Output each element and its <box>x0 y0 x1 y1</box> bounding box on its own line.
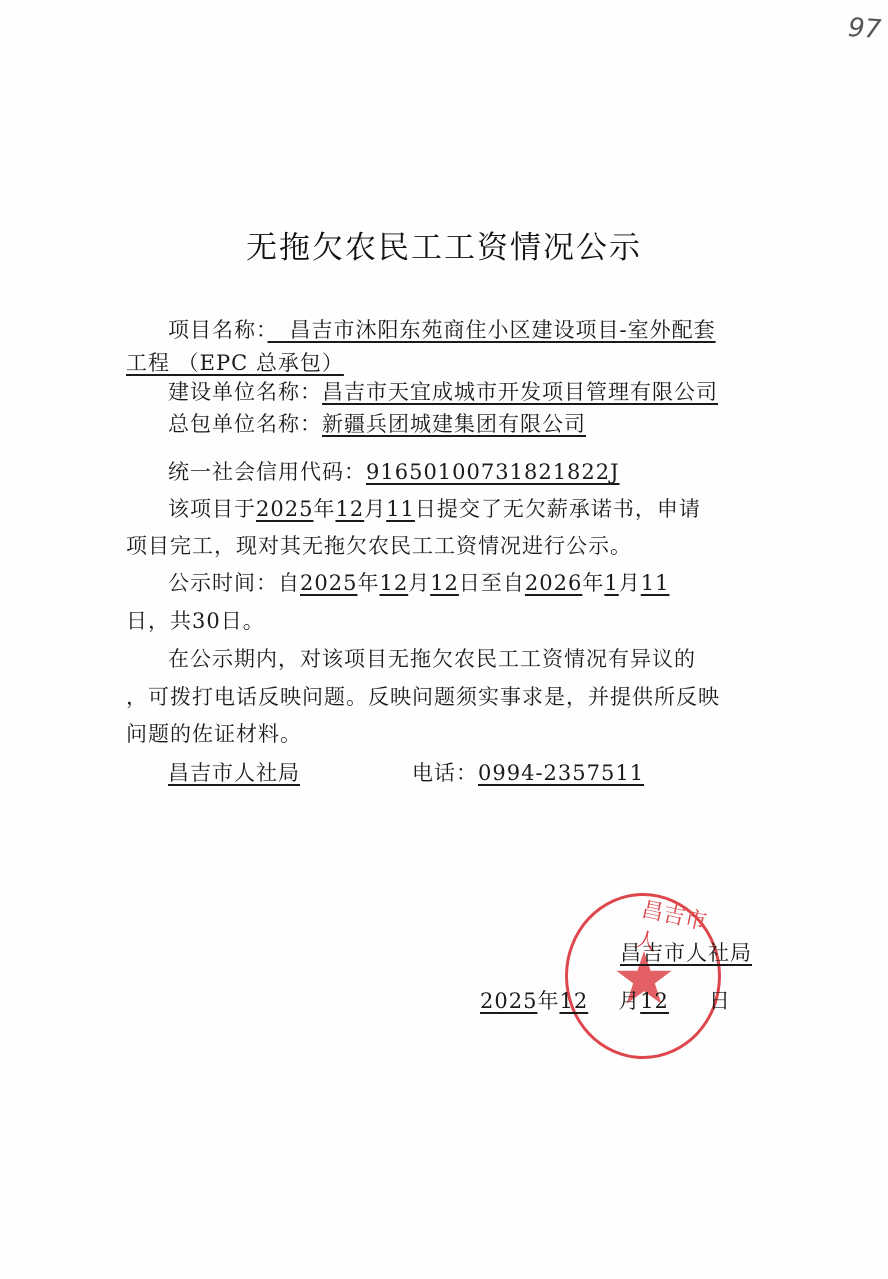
project-name-row-2: 工程 （EPC 总承包） <box>126 347 344 377</box>
signature-month: 12 <box>559 989 588 1013</box>
period-mid: 日至自 <box>459 571 525 595</box>
period-end-month: 1 <box>604 571 618 595</box>
project-name-value: 昌吉市沐阳东苑商住小区建设项目-室外配套 <box>268 318 716 342</box>
month-label: 月 <box>618 989 640 1013</box>
builder-label: 建设单位名称： <box>168 380 322 404</box>
day-label: 日 <box>709 989 731 1013</box>
submission-suffix: 日提交了无欠薪承诺书，申请 <box>415 497 701 521</box>
credit-code-value: 91650100731821822J <box>366 460 620 484</box>
project-name-label: 项目名称： <box>168 318 268 342</box>
objection-line-1: 在公示期内，对该项目无拖欠农民工工资情况有异议的 <box>168 643 696 673</box>
period-end-day: 11 <box>641 571 670 595</box>
signature-agency-row: 昌吉市人社局 <box>620 937 752 967</box>
contact-agency: 昌吉市人社局 <box>168 761 300 785</box>
month-label: 月 <box>408 571 430 595</box>
period-start-month: 12 <box>379 571 408 595</box>
year-label: 年 <box>537 989 559 1013</box>
period-end-year: 2026 <box>525 571 582 595</box>
credit-code-row: 统一社会信用代码：91650100731821822J <box>168 456 620 486</box>
project-name-row: 项目名称： 昌吉市沐阳东苑商住小区建设项目-室外配套 <box>168 314 716 344</box>
official-red-seal: 昌吉市人 <box>565 893 721 1059</box>
builder-row: 建设单位名称：昌吉市天宜成城市开发项目管理有限公司 <box>168 376 718 406</box>
submission-prefix: 该项目于 <box>168 497 256 521</box>
submission-day: 11 <box>386 497 415 521</box>
month-label: 月 <box>619 571 641 595</box>
submission-month: 12 <box>335 497 364 521</box>
phone-label: 电话： <box>412 761 478 785</box>
contact-row: 昌吉市人社局 <box>168 757 300 787</box>
contractor-label: 总包单位名称： <box>168 412 322 436</box>
signature-year: 2025 <box>480 989 537 1013</box>
period-line-1: 公示时间：自2025年12月12日至自2026年1月11 <box>168 567 669 597</box>
objection-line-3: 问题的佐证材料。 <box>126 718 302 748</box>
submission-year: 2025 <box>256 497 313 521</box>
submission-line-1: 该项目于2025年12月11日提交了无欠薪承诺书，申请 <box>168 493 701 523</box>
submission-line-2: 项目完工，现对其无拖欠农民工工资情况进行公示。 <box>126 530 632 560</box>
period-start-year: 2025 <box>300 571 357 595</box>
year-label: 年 <box>313 497 335 521</box>
project-name-value-cont: 工程 （EPC 总承包） <box>126 351 344 375</box>
objection-line-2: ，可拨打电话反映问题。反映问题须实事求是，并提供所反映 <box>126 681 720 711</box>
phone-value: 0994-2357511 <box>478 761 644 785</box>
phone-row: 电话：0994-2357511 <box>412 757 644 787</box>
signature-day: 12 <box>640 989 669 1013</box>
credit-code-label: 统一社会信用代码： <box>168 460 366 484</box>
month-label: 月 <box>364 497 386 521</box>
period-start-day: 12 <box>430 571 459 595</box>
period-prefix: 公示时间：自 <box>168 571 300 595</box>
builder-value: 昌吉市天宜成城市开发项目管理有限公司 <box>322 380 718 404</box>
contractor-value: 新疆兵团城建集团有限公司 <box>322 412 586 436</box>
handwritten-page-number: 97 <box>847 13 882 45</box>
signature-date-row: 2025年12月12日 <box>480 985 731 1015</box>
contractor-row: 总包单位名称：新疆兵团城建集团有限公司 <box>168 408 586 438</box>
document-title: 无拖欠农民工工资情况公示 <box>0 222 888 267</box>
year-label: 年 <box>357 571 379 595</box>
year-label: 年 <box>582 571 604 595</box>
signature-agency: 昌吉市人社局 <box>620 941 752 965</box>
period-line-2: 日，共30日。 <box>126 605 265 635</box>
